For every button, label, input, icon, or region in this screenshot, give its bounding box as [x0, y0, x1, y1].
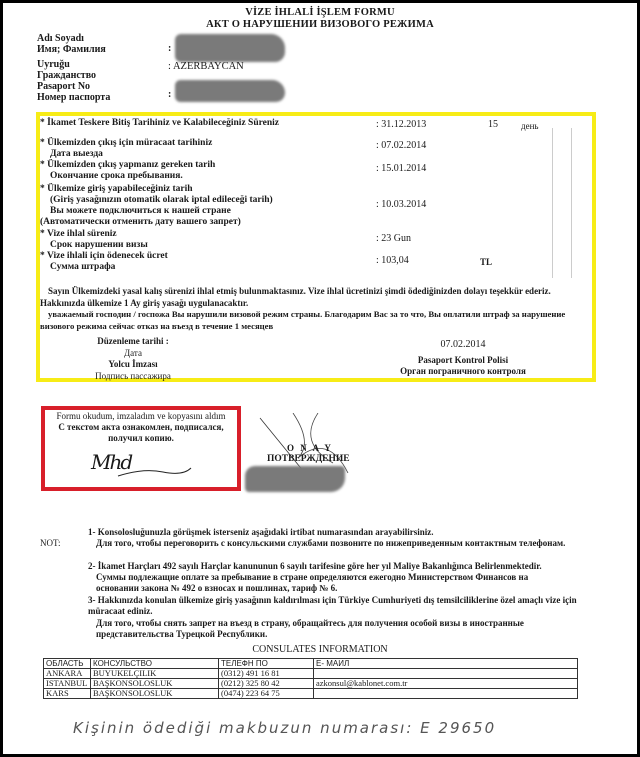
scan-artifact-line [571, 128, 572, 278]
reentry-value: : 10.03.2014 [376, 199, 426, 210]
reentry-sub-ru: Вы можете подключиться к нашей стране [50, 206, 231, 217]
signature-stroke [113, 458, 193, 483]
reentry-label: * Ülkemize giriş yapabileceğiniz tarih [40, 184, 193, 195]
header-phone: ТЕЛЕФН ПО [219, 659, 314, 669]
residence-days-value: 15 [488, 119, 498, 130]
issue-date-label: Düzenleme tarihi : Дата Yolcu İmzası Под… [63, 336, 203, 382]
table-row: ANKARA BUYUKELÇILIK (0312) 491 16 81 [44, 669, 578, 679]
table-header-row: ОБЛАСТЬ КОНСУЛЬСТВО ТЕЛЕФН ПО Е- МАИЛ [44, 659, 578, 669]
name-colon: : [168, 43, 171, 54]
header-email: Е- МАИЛ [314, 659, 578, 669]
exit-application-value: : 07.02.2014 [376, 140, 426, 151]
issue-date-value: 07.02.2014 [383, 339, 543, 351]
exit-application-label: * Ülkemizden çıkış için müracaat tarihin… [40, 138, 212, 149]
passport-redacted [175, 80, 285, 102]
stamp-redacted [245, 466, 345, 492]
table-row: ISTANBUL BAŞKONSOLOSLUK (0212) 325 80 42… [44, 679, 578, 689]
passport-label: Pasaport No Номер паспорта [37, 81, 110, 103]
scan-artifact-line [552, 128, 553, 278]
note-3-tr: 3- Hakkınızda konulan ülkemize giriş yas… [88, 595, 598, 617]
form-title-tr: VİZE İHLALİ İŞLEM FORMU [3, 7, 637, 18]
consulates-title: CONSULATES INFORMATION [3, 644, 637, 655]
approval-label-ru: ПОТВЕРЖДЕНИЕ [267, 454, 350, 464]
notice-tr: Sayın Ülkemizdeki yasal kalış sürenizi i… [40, 286, 585, 309]
exit-deadline-sub: Окончание срока пребывания. [50, 171, 183, 182]
header-region: ОБЛАСТЬ [44, 659, 91, 669]
nationality-label: Uyruğu Гражданство [37, 59, 96, 81]
note-2-tr: 2- İkamet Harçları 492 sayılı Harçlar ka… [88, 561, 598, 572]
police-block: 07.02.2014 Pasaport Kontrol Polisi Орган… [383, 339, 543, 378]
notes-label: NOT: [40, 538, 61, 549]
name-redacted [175, 34, 285, 62]
violation-period-value: : 23 Gun [376, 233, 411, 244]
fine-currency: TL [480, 257, 492, 268]
nationality-value: : AZERBAYCAN [168, 61, 244, 72]
violation-period-sub: Срок нарушении визы [50, 240, 148, 251]
exit-application-sub: Дата выезда [50, 149, 103, 160]
handwritten-receipt-note: Kişinin ödediği makbuzun numarası: E 296… [73, 719, 496, 737]
note-1-tr: 1- Konsolosluğunuzla görüşmek isterseniz… [88, 527, 588, 538]
exit-deadline-label: * Ülkemizden çıkış yapmanız gereken tari… [40, 160, 215, 171]
consulates-table: ОБЛАСТЬ КОНСУЛЬСТВО ТЕЛЕФН ПО Е- МАИЛ AN… [43, 658, 578, 699]
acknowledgement-ru-1: С текстом акта ознакомлен, подписался, [45, 422, 237, 434]
fine-value: : 103,04 [376, 255, 409, 266]
note-1-ru: Для того, чтобы переговорить с консульск… [96, 538, 586, 549]
fine-sub: Сумма штрафа [50, 262, 115, 273]
reentry-sub-ru-2: (Автоматически отменить дату вашего запр… [40, 217, 241, 228]
passport-colon: : [168, 89, 171, 100]
table-row: KARS BAŞKONSOLOSLUK (0474) 223 64 75 [44, 689, 578, 699]
residence-end-value: : 31.12.2013 [376, 119, 426, 130]
note-3-ru: Для того, чтобы снять запрет на въезд в … [96, 618, 566, 640]
exit-deadline-value: : 15.01.2014 [376, 163, 426, 174]
document-page: VİZE İHLALİ İŞLEM FORMU АКТ О НАРУШЕНИИ … [3, 3, 637, 754]
reentry-sub-tr: (Giriş yasağınızın otomatik olarak iptal… [50, 195, 273, 206]
acknowledgement-ru-2: получил копию. [45, 433, 237, 445]
form-title-ru: АКТ О НАРУШЕНИИ ВИЗОВОГО РЕЖИМА [3, 19, 637, 30]
acknowledgement-tr: Formu okudum, imzaladım ve kopyasını ald… [45, 411, 237, 423]
header-consulate: КОНСУЛЬСТВО [91, 659, 219, 669]
fine-label: * Vize ihlali için ödenecek ücret [40, 251, 168, 262]
violation-period-label: * Vize ihlal süreniz [40, 229, 117, 240]
residence-end-label: * İkamet Teskere Bitiş Tarihiniz ve Kala… [40, 118, 279, 129]
name-label: Adı Soyadı Имя; Фамилия [37, 33, 106, 55]
approval-label-tr: O N A Y [287, 443, 333, 453]
email-link[interactable]: azkonsul@kablonet.com.tr [314, 679, 578, 689]
residence-days-unit: день [521, 121, 539, 132]
note-2-ru: Суммы подлежащие оплате за пребывание в … [96, 572, 566, 594]
notice-ru: уважаемый господин / госпожа Вы нарушили… [40, 309, 588, 332]
